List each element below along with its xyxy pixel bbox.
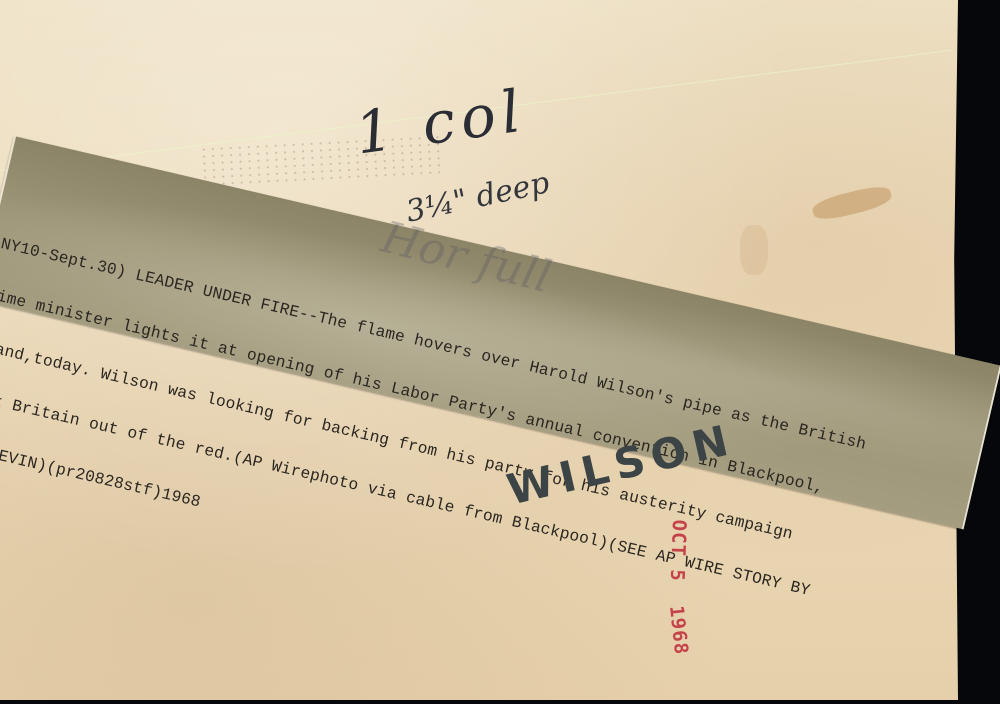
caption-line: ime minister lights it at opening of his… <box>0 285 856 505</box>
handwritten-column-note: 1 col <box>351 76 530 167</box>
date-stamp: OCT 5 1968 <box>623 518 690 545</box>
date-stamp-day: OCT 5 <box>666 519 690 582</box>
paper-stain <box>740 225 768 275</box>
paper-stain <box>811 183 894 224</box>
